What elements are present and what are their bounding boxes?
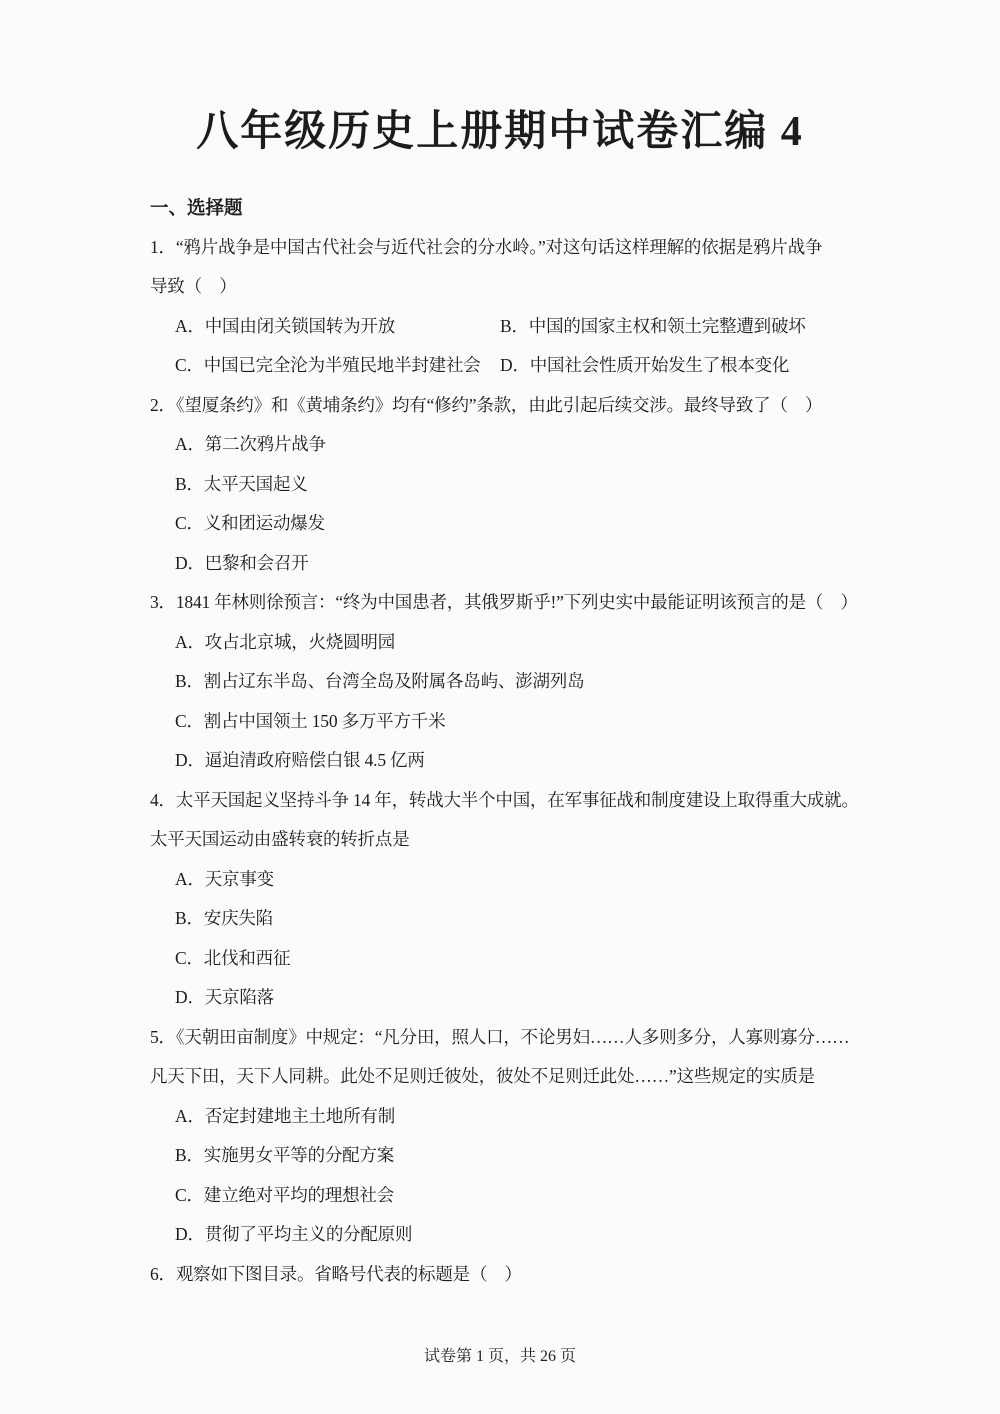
question-5-option-c: C．建立绝对平均的理想社会: [175, 1176, 865, 1216]
question-5-option-d: D．贯彻了平均主义的分配原则: [175, 1215, 865, 1255]
question-3-option-d: D．逼迫清政府赔偿白银 4.5 亿两: [175, 741, 865, 781]
question-2-option-c: C．义和团运动爆发: [175, 504, 865, 544]
question-1-options: A．中国由闭关锁国转为开放 B．中国的国家主权和领土完整遭到破坏 C．中国已完全…: [150, 307, 865, 386]
question-1-stem-line-2: 导致（ ）: [150, 267, 865, 307]
question-4-stem-line-1: 4．太平天国起义坚持斗争 14 年，转战大半个中国，在军事征战和制度建设上取得重…: [150, 781, 865, 821]
question-2-stem-line-1: 2．《望厦条约》和《黄埔条约》均有“修约”条款，由此引起后续交涉。最终导致了（ …: [150, 386, 865, 426]
question-6-stem-line-1: 6．观察如下图目录。省略号代表的标题是（ ）: [150, 1255, 865, 1295]
question-1-stem-line-1: 1．“鸦片战争是中国古代社会与近代社会的分水岭。”对这句话这样理解的依据是鸦片战…: [150, 228, 865, 268]
question-4: 4．太平天国起义坚持斗争 14 年，转战大半个中国，在军事征战和制度建设上取得重…: [150, 781, 865, 1018]
question-4-option-c: C．北伐和西征: [175, 939, 865, 979]
question-4-options: A．天京事变 B．安庆失陷 C．北伐和西征 D．天京陷落: [150, 860, 865, 1018]
question-5-option-b: B．实施男女平等的分配方案: [175, 1136, 865, 1176]
question-4-stem-line-2: 太平天国运动由盛转衰的转折点是: [150, 820, 865, 860]
question-4-option-a: A．天京事变: [175, 860, 865, 900]
question-2: 2．《望厦条约》和《黄埔条约》均有“修约”条款，由此引起后续交涉。最终导致了（ …: [150, 386, 865, 584]
question-1-option-b: B．中国的国家主权和领土完整遭到破坏: [500, 307, 865, 347]
question-3-option-a: A．攻占北京城，火烧圆明园: [175, 623, 865, 663]
question-5-stem-line-1: 5．《天朝田亩制度》中规定：“凡分田，照人口，不论男妇……人多则多分，人寡则寡分…: [150, 1018, 865, 1058]
question-1: 1．“鸦片战争是中国古代社会与近代社会的分水岭。”对这句话这样理解的依据是鸦片战…: [150, 228, 865, 386]
question-6: 6．观察如下图目录。省略号代表的标题是（ ）: [150, 1255, 865, 1295]
exam-page: 八年级历史上册期中试卷汇编 4 一、选择题 1．“鸦片战争是中国古代社会与近代社…: [0, 0, 1000, 1414]
page-content: 一、选择题 1．“鸦片战争是中国古代社会与近代社会的分水岭。”对这句话这样理解的…: [0, 188, 1000, 1294]
question-3-option-b: B．割占辽东半岛、台湾全岛及附属各岛屿、澎湖列岛: [175, 662, 865, 702]
question-3-options: A．攻占北京城，火烧圆明园 B．割占辽东半岛、台湾全岛及附属各岛屿、澎湖列岛 C…: [150, 623, 865, 781]
question-1-option-d: D．中国社会性质开始发生了根本变化: [500, 346, 865, 386]
question-5-options: A．否定封建地主土地所有制 B．实施男女平等的分配方案 C．建立绝对平均的理想社…: [150, 1097, 865, 1255]
question-4-option-d: D．天京陷落: [175, 978, 865, 1018]
question-2-option-a: A．第二次鸦片战争: [175, 425, 865, 465]
question-2-option-b: B．太平天国起义: [175, 465, 865, 505]
question-1-option-c: C．中国已完全沦为半殖民地半封建社会: [175, 346, 500, 386]
question-3-option-c: C．割占中国领土 150 多万平方千米: [175, 702, 865, 742]
question-1-option-a: A．中国由闭关锁国转为开放: [175, 307, 500, 347]
question-5-stem-line-2: 凡天下田，天下人同耕。此处不足则迁彼处，彼处不足则迁此处……”这些规定的实质是: [150, 1057, 865, 1097]
question-5: 5．《天朝田亩制度》中规定：“凡分田，照人口，不论男妇……人多则多分，人寡则寡分…: [150, 1018, 865, 1255]
question-2-option-d: D．巴黎和会召开: [175, 544, 865, 584]
question-4-option-b: B．安庆失陷: [175, 899, 865, 939]
question-3-stem-line-1: 3．1841 年林则徐预言：“终为中国患者，其俄罗斯乎!”下列史实中最能证明该预…: [150, 583, 865, 623]
question-2-options: A．第二次鸦片战争 B．太平天国起义 C．义和团运动爆发 D．巴黎和会召开: [150, 425, 865, 583]
page-title: 八年级历史上册期中试卷汇编 4: [0, 102, 1000, 162]
question-3: 3．1841 年林则徐预言：“终为中国患者，其俄罗斯乎!”下列史实中最能证明该预…: [150, 583, 865, 781]
section-heading: 一、选择题: [150, 188, 865, 228]
question-5-option-a: A．否定封建地主土地所有制: [175, 1097, 865, 1137]
page-footer: 试卷第 1 页，共 26 页: [0, 1342, 1000, 1372]
